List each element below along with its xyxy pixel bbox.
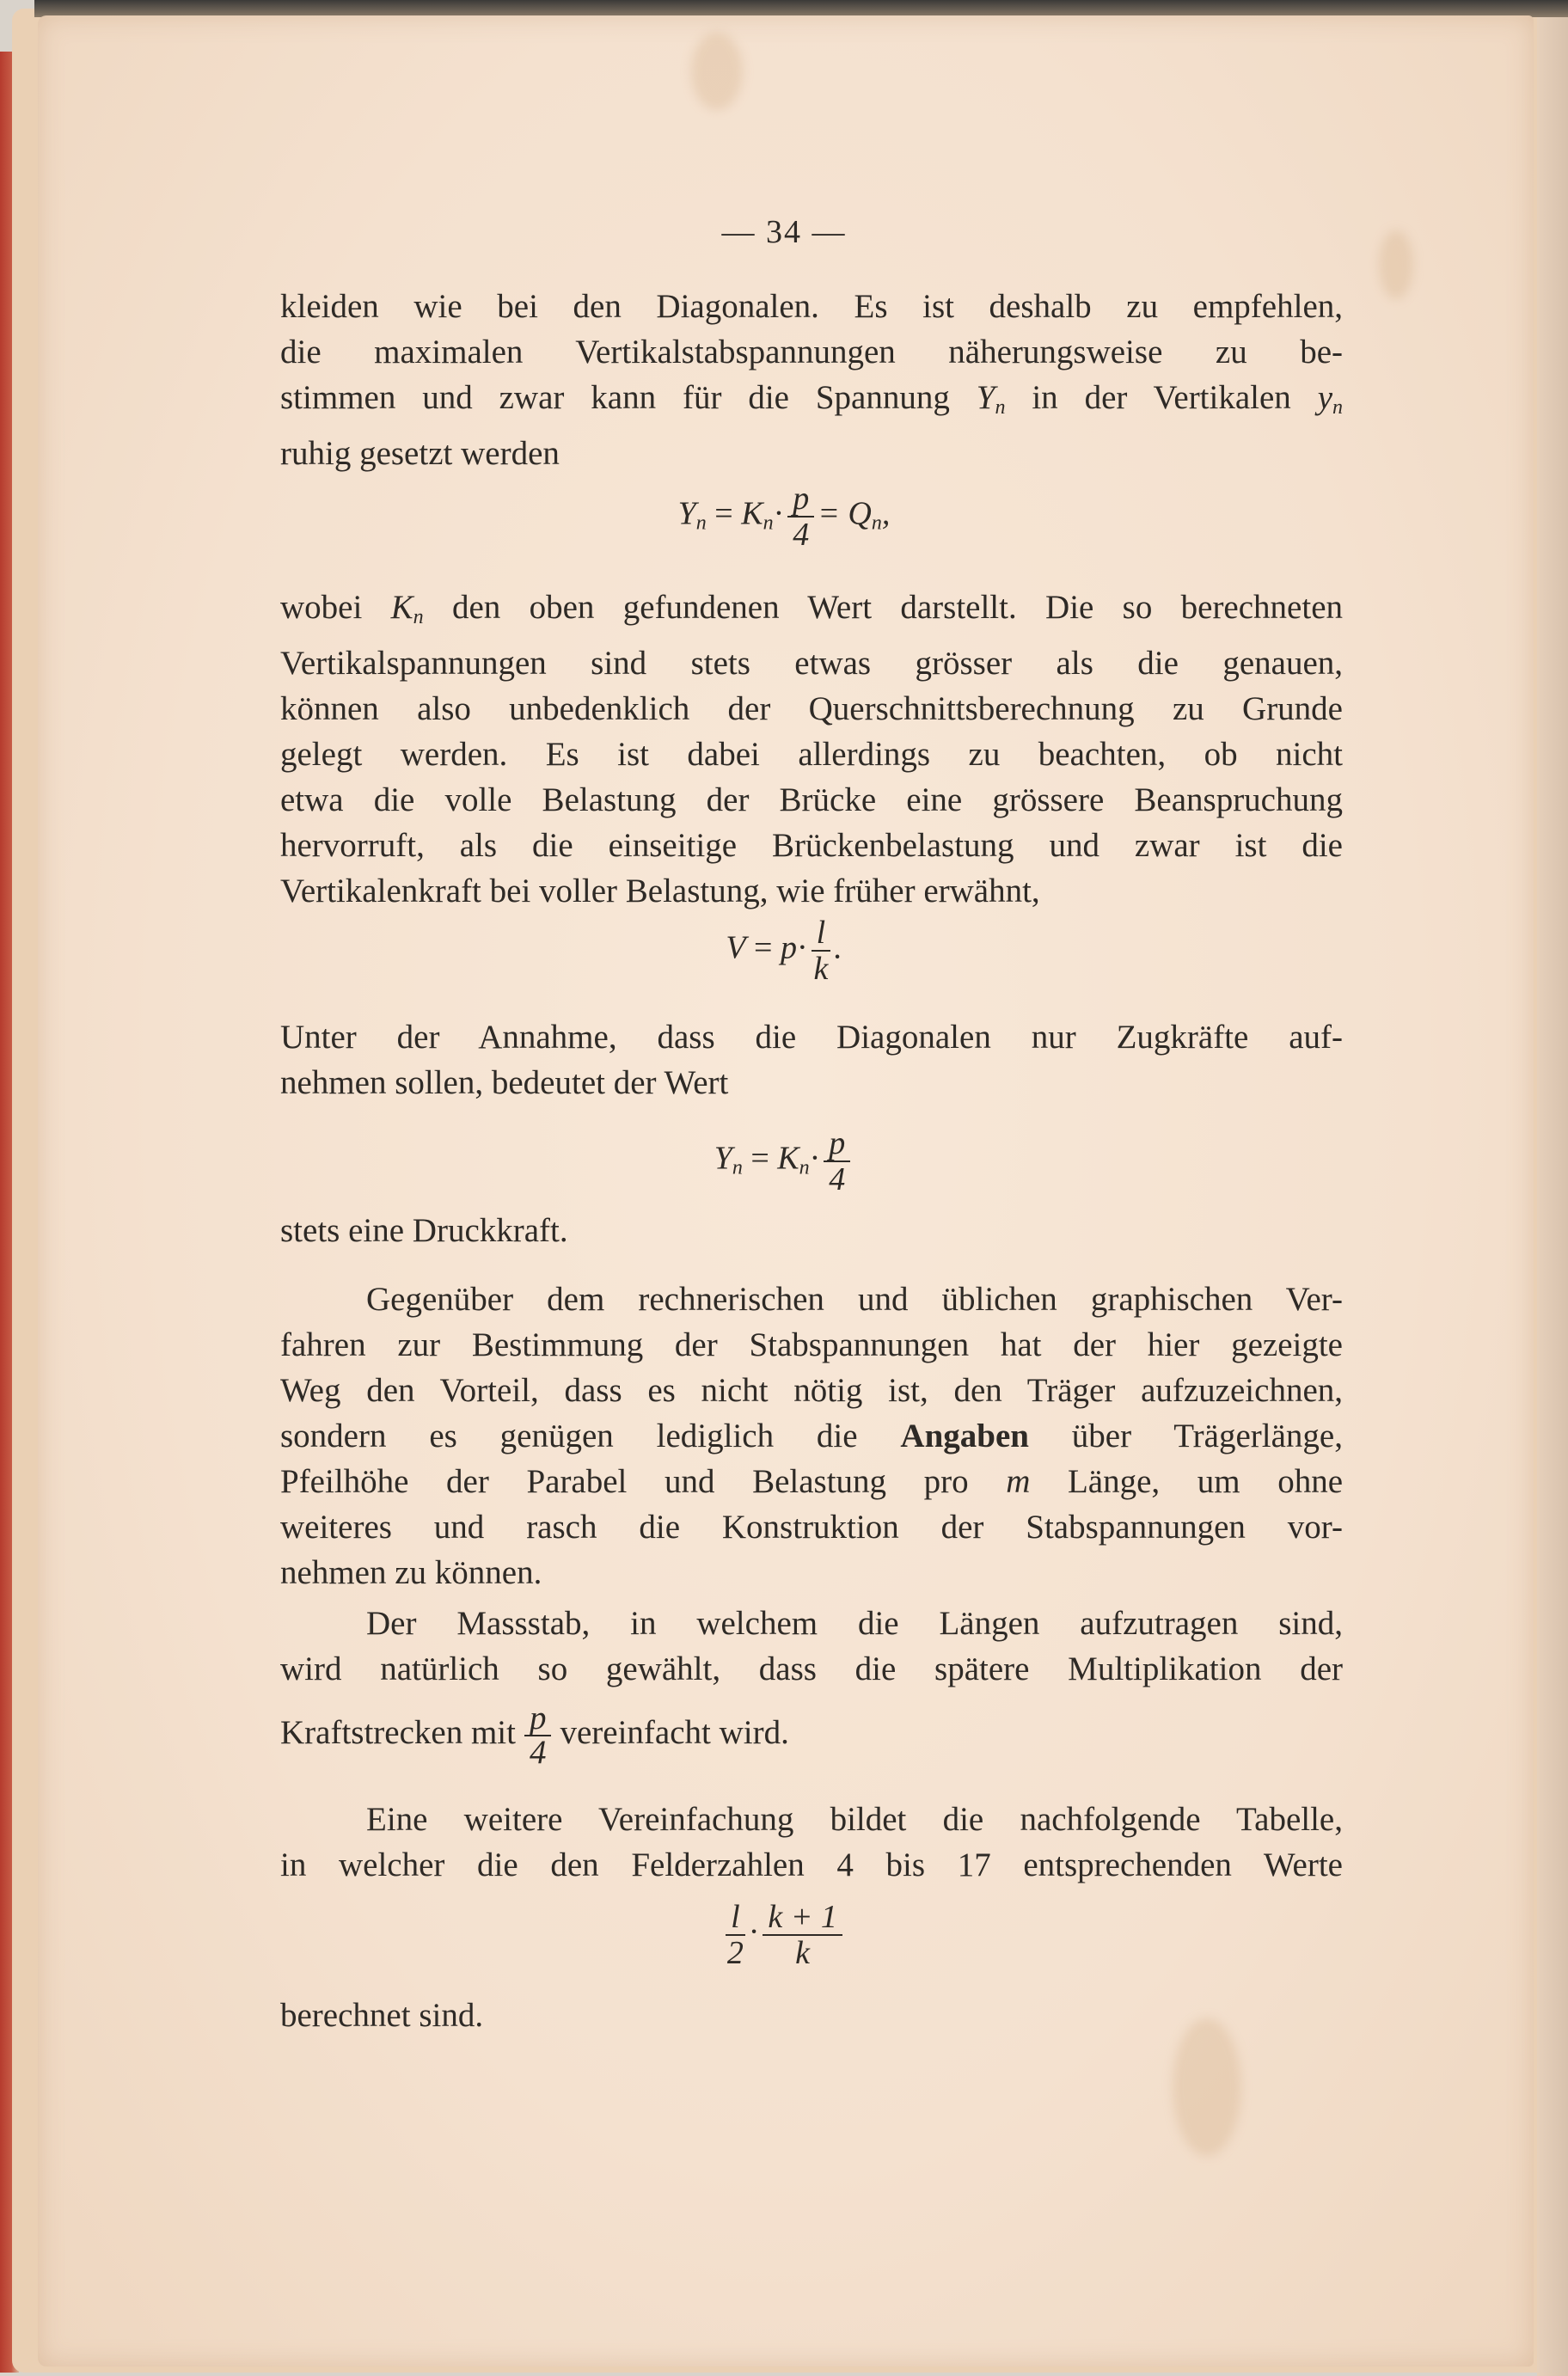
fraction-p-over-4: p4: [524, 1702, 552, 1769]
paragraph-7: Eine weitere Vereinfachung bildet die na…: [280, 1797, 1343, 1888]
text-line: stimmen und zwar kann für die Spannung Y…: [280, 375, 1343, 431]
page-gutter-shadow: [1537, 17, 1568, 2376]
text-line: Pfeilhöhe der Parabel und Belastung pro …: [280, 1459, 1343, 1504]
bold-term: Angaben: [900, 1418, 1029, 1454]
paragraph-5: Gegenüber dem rechnerischen und üblichen…: [280, 1277, 1343, 1595]
page-number: — 34 —: [0, 213, 1568, 251]
fraction-l-over-k: lk: [812, 915, 831, 986]
text-line: Gegenüber dem rechnerischen und üblichen…: [280, 1277, 1343, 1322]
text-line: weiteres und rasch die Konstruktion der …: [280, 1504, 1343, 1550]
foxing-stain: [1173, 2018, 1241, 2156]
text-line: fahren zur Bestimmung der Stabspannungen…: [280, 1322, 1343, 1368]
text-line: berechnet sind.: [280, 1993, 1343, 2038]
symbol-Yn: Yn: [977, 379, 1006, 416]
text-line: Unter der Annahme, dass die Diagonalen n…: [280, 1014, 1343, 1060]
text-line: Vertikalenkraft bei voller Belastung, wi…: [280, 868, 1343, 914]
symbol-yn: yn: [1318, 379, 1343, 416]
text-line: Weg den Vorteil, dass es nicht nötig ist…: [280, 1368, 1343, 1413]
fraction-p-over-4: p4: [787, 481, 814, 552]
paragraph-1: kleiden wie bei den Diagonalen. Es ist d…: [280, 284, 1343, 476]
fraction-p-over-4: p4: [824, 1126, 850, 1197]
paragraph-6: Der Massstab, in welchem die Längen aufz…: [280, 1601, 1343, 1769]
fraction-k-plus-1-over-k: k + 1k: [763, 1900, 842, 1970]
paragraph-4: stets eine Druckkraft.: [280, 1208, 1343, 1253]
text-line: gelegt werden. Es ist dabei allerdings z…: [280, 732, 1343, 777]
text-line: Der Massstab, in welchem die Längen aufz…: [280, 1601, 1343, 1646]
text-line: in welcher die den Felderzahlen 4 bis 17…: [280, 1842, 1343, 1888]
formula-l-over-2-times-k-plus-1-over-k: l2·k + 1k: [0, 1900, 1568, 1970]
text-line: hervorruft, als die einseitige Brückenbe…: [280, 823, 1343, 868]
symbol-Kn: Kn: [391, 589, 424, 626]
formula-Yn-equals-Qn: Yn = Kn·p4= Qn,: [0, 481, 1568, 552]
text-line: sondern es genügen lediglich die Angaben…: [280, 1413, 1343, 1459]
fraction-l-over-2: l2: [726, 1900, 745, 1970]
text-line: ruhig gesetzt werden: [280, 431, 1343, 476]
foxing-stain: [691, 33, 743, 110]
text-line: wobei Kn den oben gefundenen Wert darste…: [280, 585, 1343, 640]
text-line: nehmen sollen, bedeutet der Wert: [280, 1060, 1343, 1105]
text-line: etwa die volle Belastung der Brücke eine…: [280, 777, 1343, 823]
paragraph-2: wobei Kn den oben gefundenen Wert darste…: [280, 585, 1343, 914]
text-line: die maximalen Vertikalstabspannungen näh…: [280, 329, 1343, 375]
text-line: nehmen zu können.: [280, 1550, 1343, 1595]
text-line: Kraftstrecken mitp4vereinfacht wird.: [280, 1702, 1343, 1769]
symbol-m: m: [1006, 1463, 1030, 1500]
formula-V-equals-p-l-over-k: V = p·lk.: [0, 915, 1568, 986]
text-line: wird natürlich so gewählt, dass die spät…: [280, 1646, 1343, 1692]
paragraph-3: Unter der Annahme, dass die Diagonalen n…: [280, 1014, 1343, 1105]
top-page-edge: [34, 0, 1568, 17]
text-line: können also unbedenklich der Querschnitt…: [280, 686, 1343, 732]
text-line: Eine weitere Vereinfachung bildet die na…: [280, 1797, 1343, 1842]
text-line: kleiden wie bei den Diagonalen. Es ist d…: [280, 284, 1343, 329]
paragraph-8: berechnet sind.: [280, 1993, 1343, 2038]
text-line: stets eine Druckkraft.: [280, 1208, 1343, 1253]
text-line: Vertikalspannungen sind stets etwas grös…: [280, 640, 1343, 686]
formula-Yn-equals-Kn-p-over-4: Yn = Kn·p4: [0, 1126, 1568, 1197]
